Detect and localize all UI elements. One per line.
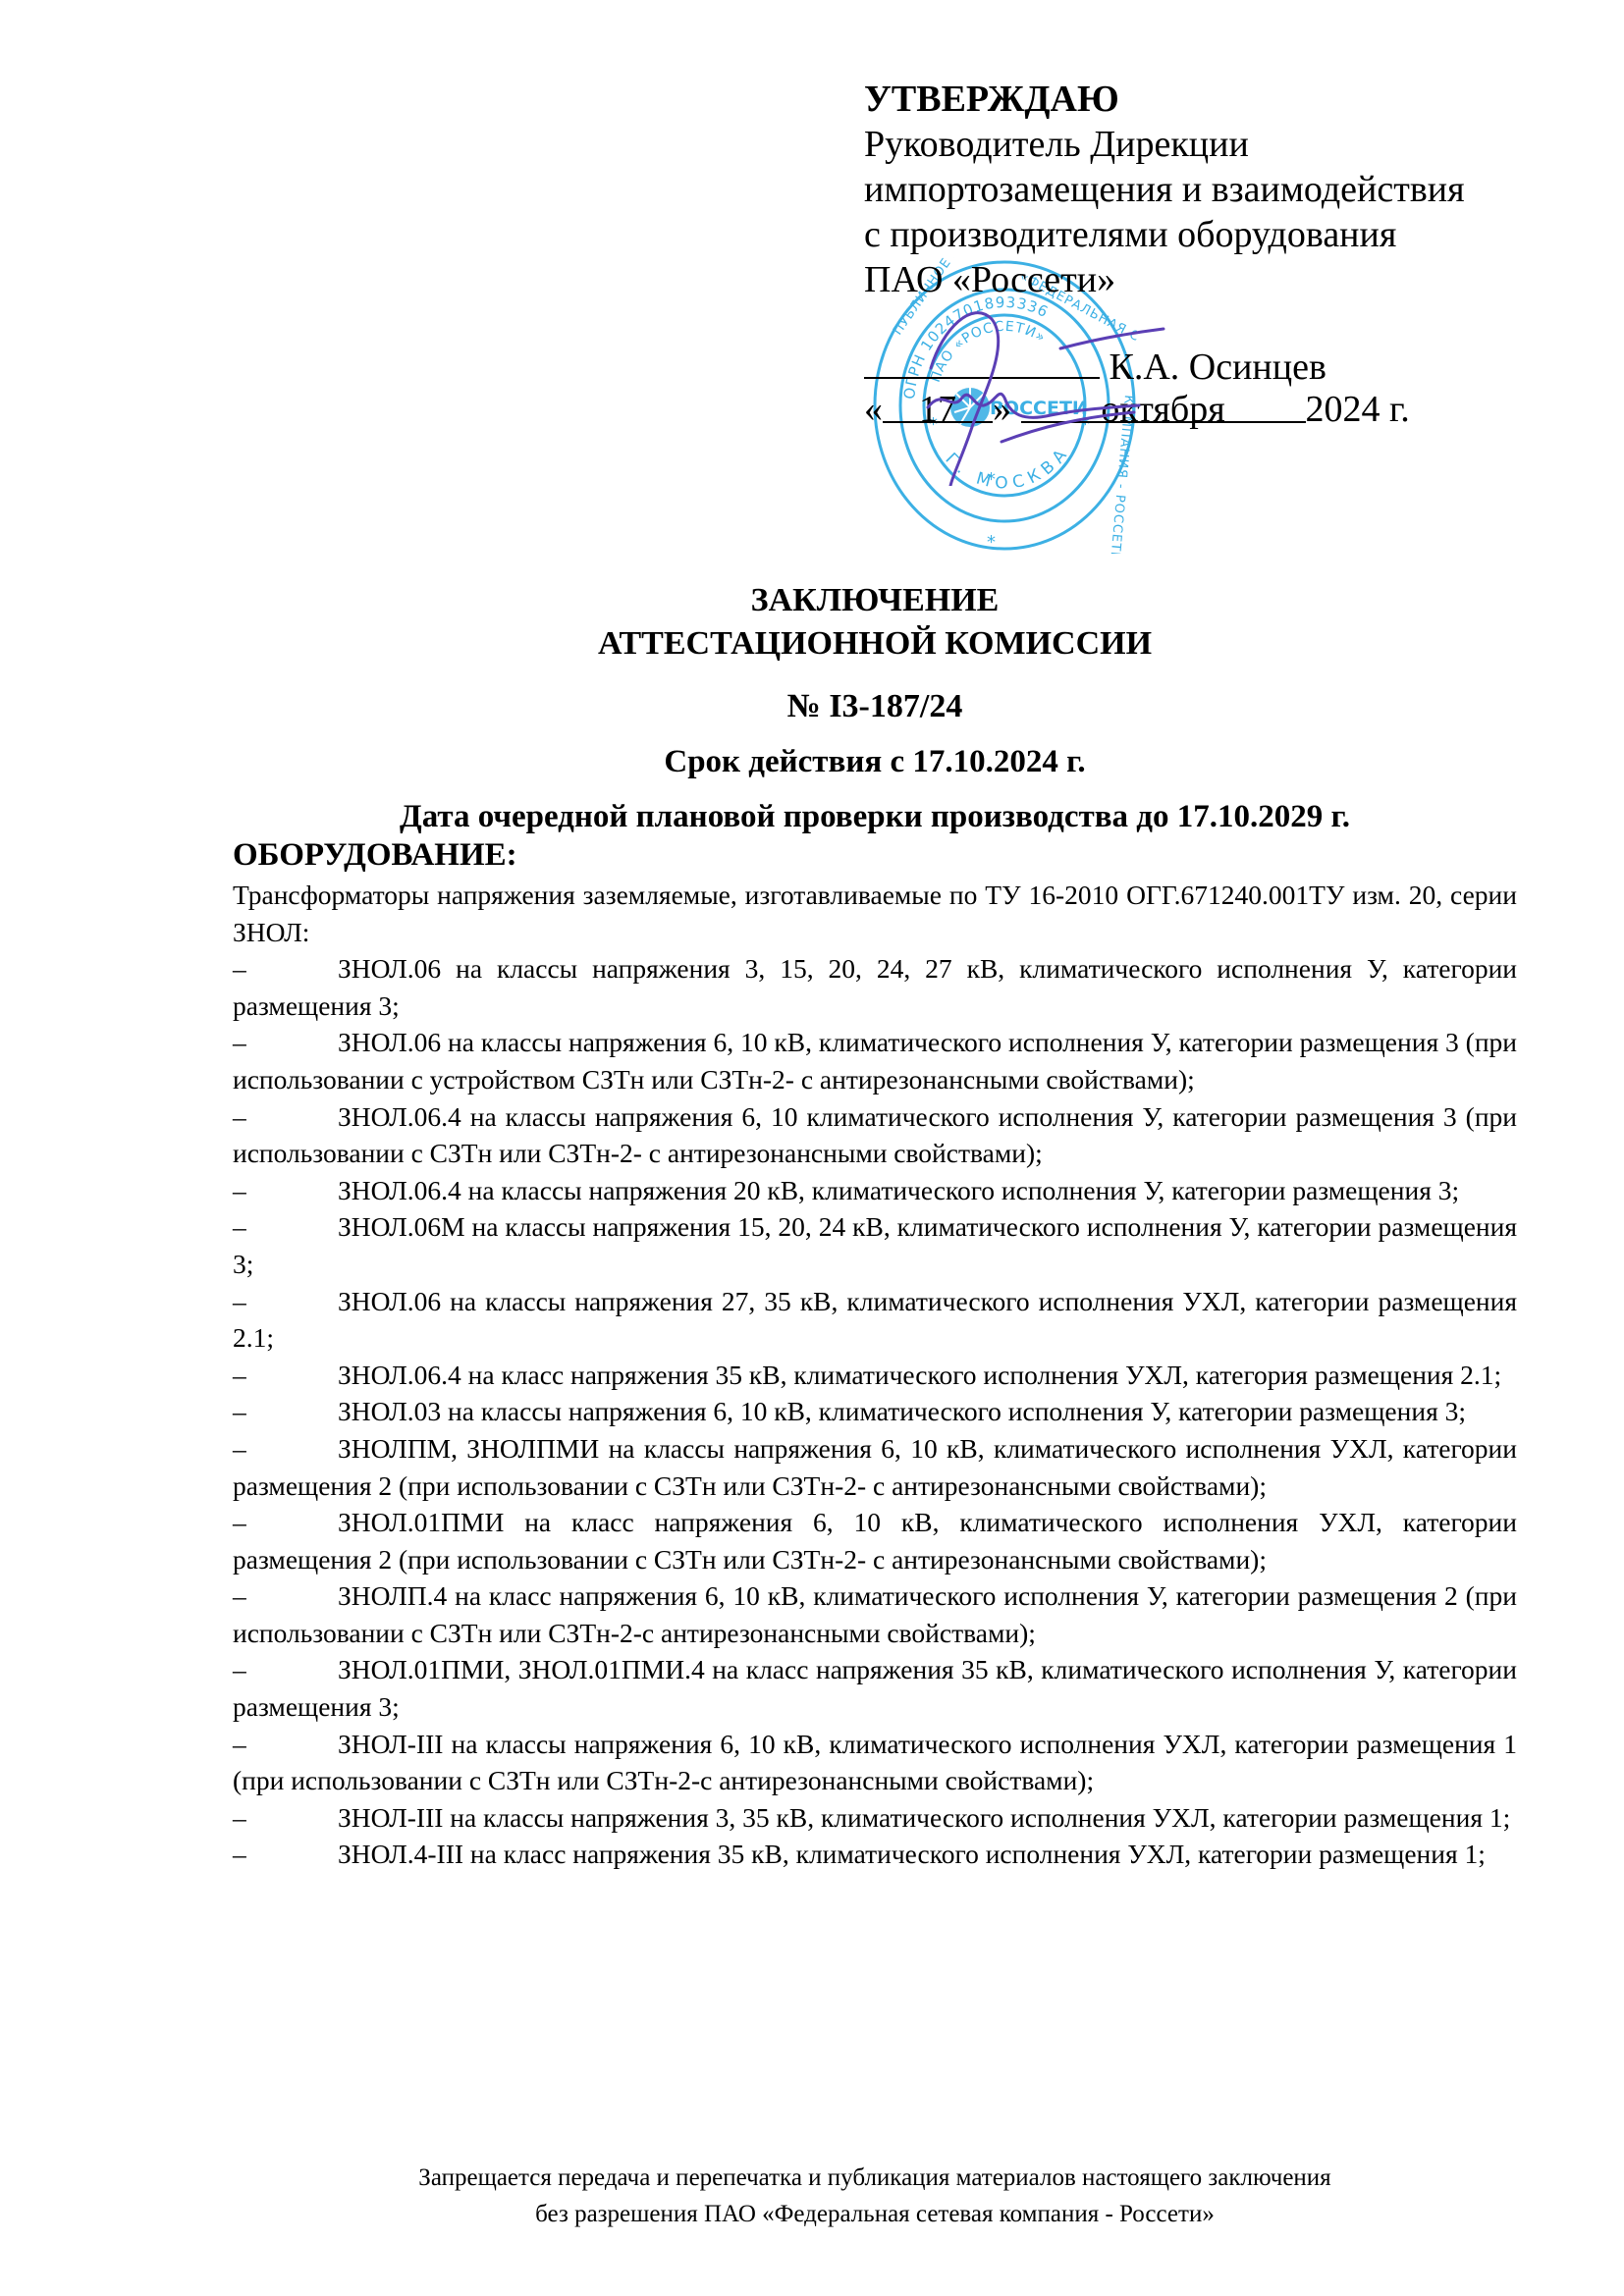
list-dash: – (233, 1504, 338, 1541)
equipment-list-item: –ЗНОЛ.03 на классы напряжения 6, 10 кВ, … (233, 1393, 1517, 1430)
approval-position-line: с производителями оборудования (864, 212, 1551, 257)
equipment-item-text: ЗНОЛ.06 на классы напряжения 6, 10 кВ, к… (233, 1027, 1517, 1095)
footer-notice: Запрещается передача и перепечатка и пуб… (233, 2160, 1517, 2232)
equipment-list: Трансформаторы напряжения заземляемые, и… (233, 877, 1517, 1873)
equipment-list-item: –ЗНОЛ.06.4 на классы напряжения 20 кВ, к… (233, 1172, 1517, 1209)
equipment-list-item: –ЗНОЛ.06М на классы напряжения 15, 20, 2… (233, 1208, 1517, 1282)
list-dash: – (233, 1208, 338, 1246)
equipment-item-text: ЗНОЛ.06 на классы напряжения 3, 15, 20, … (233, 953, 1517, 1021)
equipment-list-item: –ЗНОЛ.01ПМИ на класс напряжения 6, 10 кВ… (233, 1504, 1517, 1577)
document-subtitle: АТТЕСТАЦИОННОЙ КОМИССИИ (233, 622, 1517, 666)
handwritten-signature (913, 290, 1168, 486)
equipment-item-text: ЗНОЛ.06.4 на классы напряжения 20 кВ, кл… (338, 1175, 1459, 1205)
equipment-list-item: –ЗНОЛ.06 на классы напряжения 6, 10 кВ, … (233, 1024, 1517, 1097)
equipment-item-text: ЗНОЛ.03 на классы напряжения 6, 10 кВ, к… (338, 1396, 1466, 1426)
approval-position-line: Руководитель Дирекции (864, 122, 1551, 167)
footer-line: Запрещается передача и перепечатка и пуб… (233, 2160, 1517, 2196)
list-dash: – (233, 950, 338, 988)
equipment-item-text: ЗНОЛ.06М на классы напряжения 15, 20, 24… (233, 1211, 1517, 1279)
approval-block: УТВЕРЖДАЮ Руководитель Дирекции импортоз… (864, 77, 1551, 302)
list-dash: – (233, 1726, 338, 1763)
equipment-list-item: –ЗНОЛ.06 на классы напряжения 27, 35 кВ,… (233, 1283, 1517, 1357)
approval-title: УТВЕРЖДАЮ (864, 77, 1551, 122)
list-dash: – (233, 1799, 338, 1837)
equipment-list-item: –ЗНОЛ-III на классы напряжения 6, 10 кВ,… (233, 1726, 1517, 1799)
equipment-item-text: ЗНОЛ.06.4 на класс напряжения 35 кВ, кли… (338, 1360, 1501, 1390)
document-header: ЗАКЛЮЧЕНИЕ АТТЕСТАЦИОННОЙ КОМИССИИ № I3-… (233, 579, 1517, 838)
equipment-list-item: –ЗНОЛП.4 на класс напряжения 6, 10 кВ, к… (233, 1577, 1517, 1651)
equipment-heading: ОБОРУДОВАНИЕ: (233, 836, 517, 874)
equipment-intro: Трансформаторы напряжения заземляемые, и… (233, 877, 1517, 950)
equipment-list-item: –ЗНОЛ.01ПМИ, ЗНОЛ.01ПМИ.4 на класс напря… (233, 1651, 1517, 1725)
list-dash: – (233, 1283, 338, 1320)
equipment-item-text: ЗНОЛ.06 на классы напряжения 27, 35 кВ, … (233, 1286, 1517, 1354)
list-dash: – (233, 1430, 338, 1468)
approval-position-line: импортозамещения и взаимодействия (864, 167, 1551, 212)
list-dash: – (233, 1393, 338, 1430)
equipment-list-item: –ЗНОЛ.06.4 на класс напряжения 35 кВ, кл… (233, 1357, 1517, 1394)
list-dash: – (233, 1357, 338, 1394)
next-check-date: Дата очередной плановой проверки произво… (233, 795, 1517, 838)
equipment-item-text: ЗНОЛПМ, ЗНОЛПМИ на классы напряжения 6, … (233, 1433, 1517, 1501)
date-open-quote: « (864, 389, 883, 430)
equipment-item-text: ЗНОЛ.06.4 на классы напряжения 6, 10 кли… (233, 1101, 1517, 1169)
list-dash: – (233, 1024, 338, 1061)
equipment-item-text: ЗНОЛ.4-III на класс напряжения 35 кВ, кл… (338, 1839, 1486, 1869)
footer-line: без разрешения ПАО «Федеральная сетевая … (233, 2196, 1517, 2232)
list-dash: – (233, 1098, 338, 1136)
document-title: ЗАКЛЮЧЕНИЕ (233, 579, 1517, 622)
equipment-item-text: ЗНОЛ-III на классы напряжения 3, 35 кВ, … (338, 1802, 1510, 1833)
equipment-list-item: –ЗНОЛ-III на классы напряжения 3, 35 кВ,… (233, 1799, 1517, 1837)
equipment-item-text: ЗНОЛ.01ПМИ на класс напряжения 6, 10 кВ,… (233, 1507, 1517, 1575)
equipment-list-item: –ЗНОЛ.4-III на класс напряжения 35 кВ, к… (233, 1836, 1517, 1873)
equipment-list-item: –ЗНОЛПМ, ЗНОЛПМИ на классы напряжения 6,… (233, 1430, 1517, 1504)
list-dash: – (233, 1577, 338, 1615)
equipment-item-text: ЗНОЛ.01ПМИ, ЗНОЛ.01ПМИ.4 на класс напряж… (233, 1654, 1517, 1722)
validity-date: Срок действия с 17.10.2024 г. (233, 740, 1517, 783)
equipment-item-text: ЗНОЛП.4 на класс напряжения 6, 10 кВ, кл… (233, 1580, 1517, 1648)
list-dash: – (233, 1651, 338, 1688)
document-number: № I3-187/24 (233, 685, 1517, 728)
date-year: 2024 г. (1306, 389, 1410, 430)
stamp-star-icon-bottom: * (987, 532, 997, 553)
equipment-item-text: ЗНОЛ-III на классы напряжения 6, 10 кВ, … (233, 1729, 1517, 1796)
equipment-list-item: –ЗНОЛ.06 на классы напряжения 3, 15, 20,… (233, 950, 1517, 1024)
equipment-list-item: –ЗНОЛ.06.4 на классы напряжения 6, 10 кл… (233, 1098, 1517, 1172)
list-dash: – (233, 1836, 338, 1873)
list-dash: – (233, 1172, 338, 1209)
